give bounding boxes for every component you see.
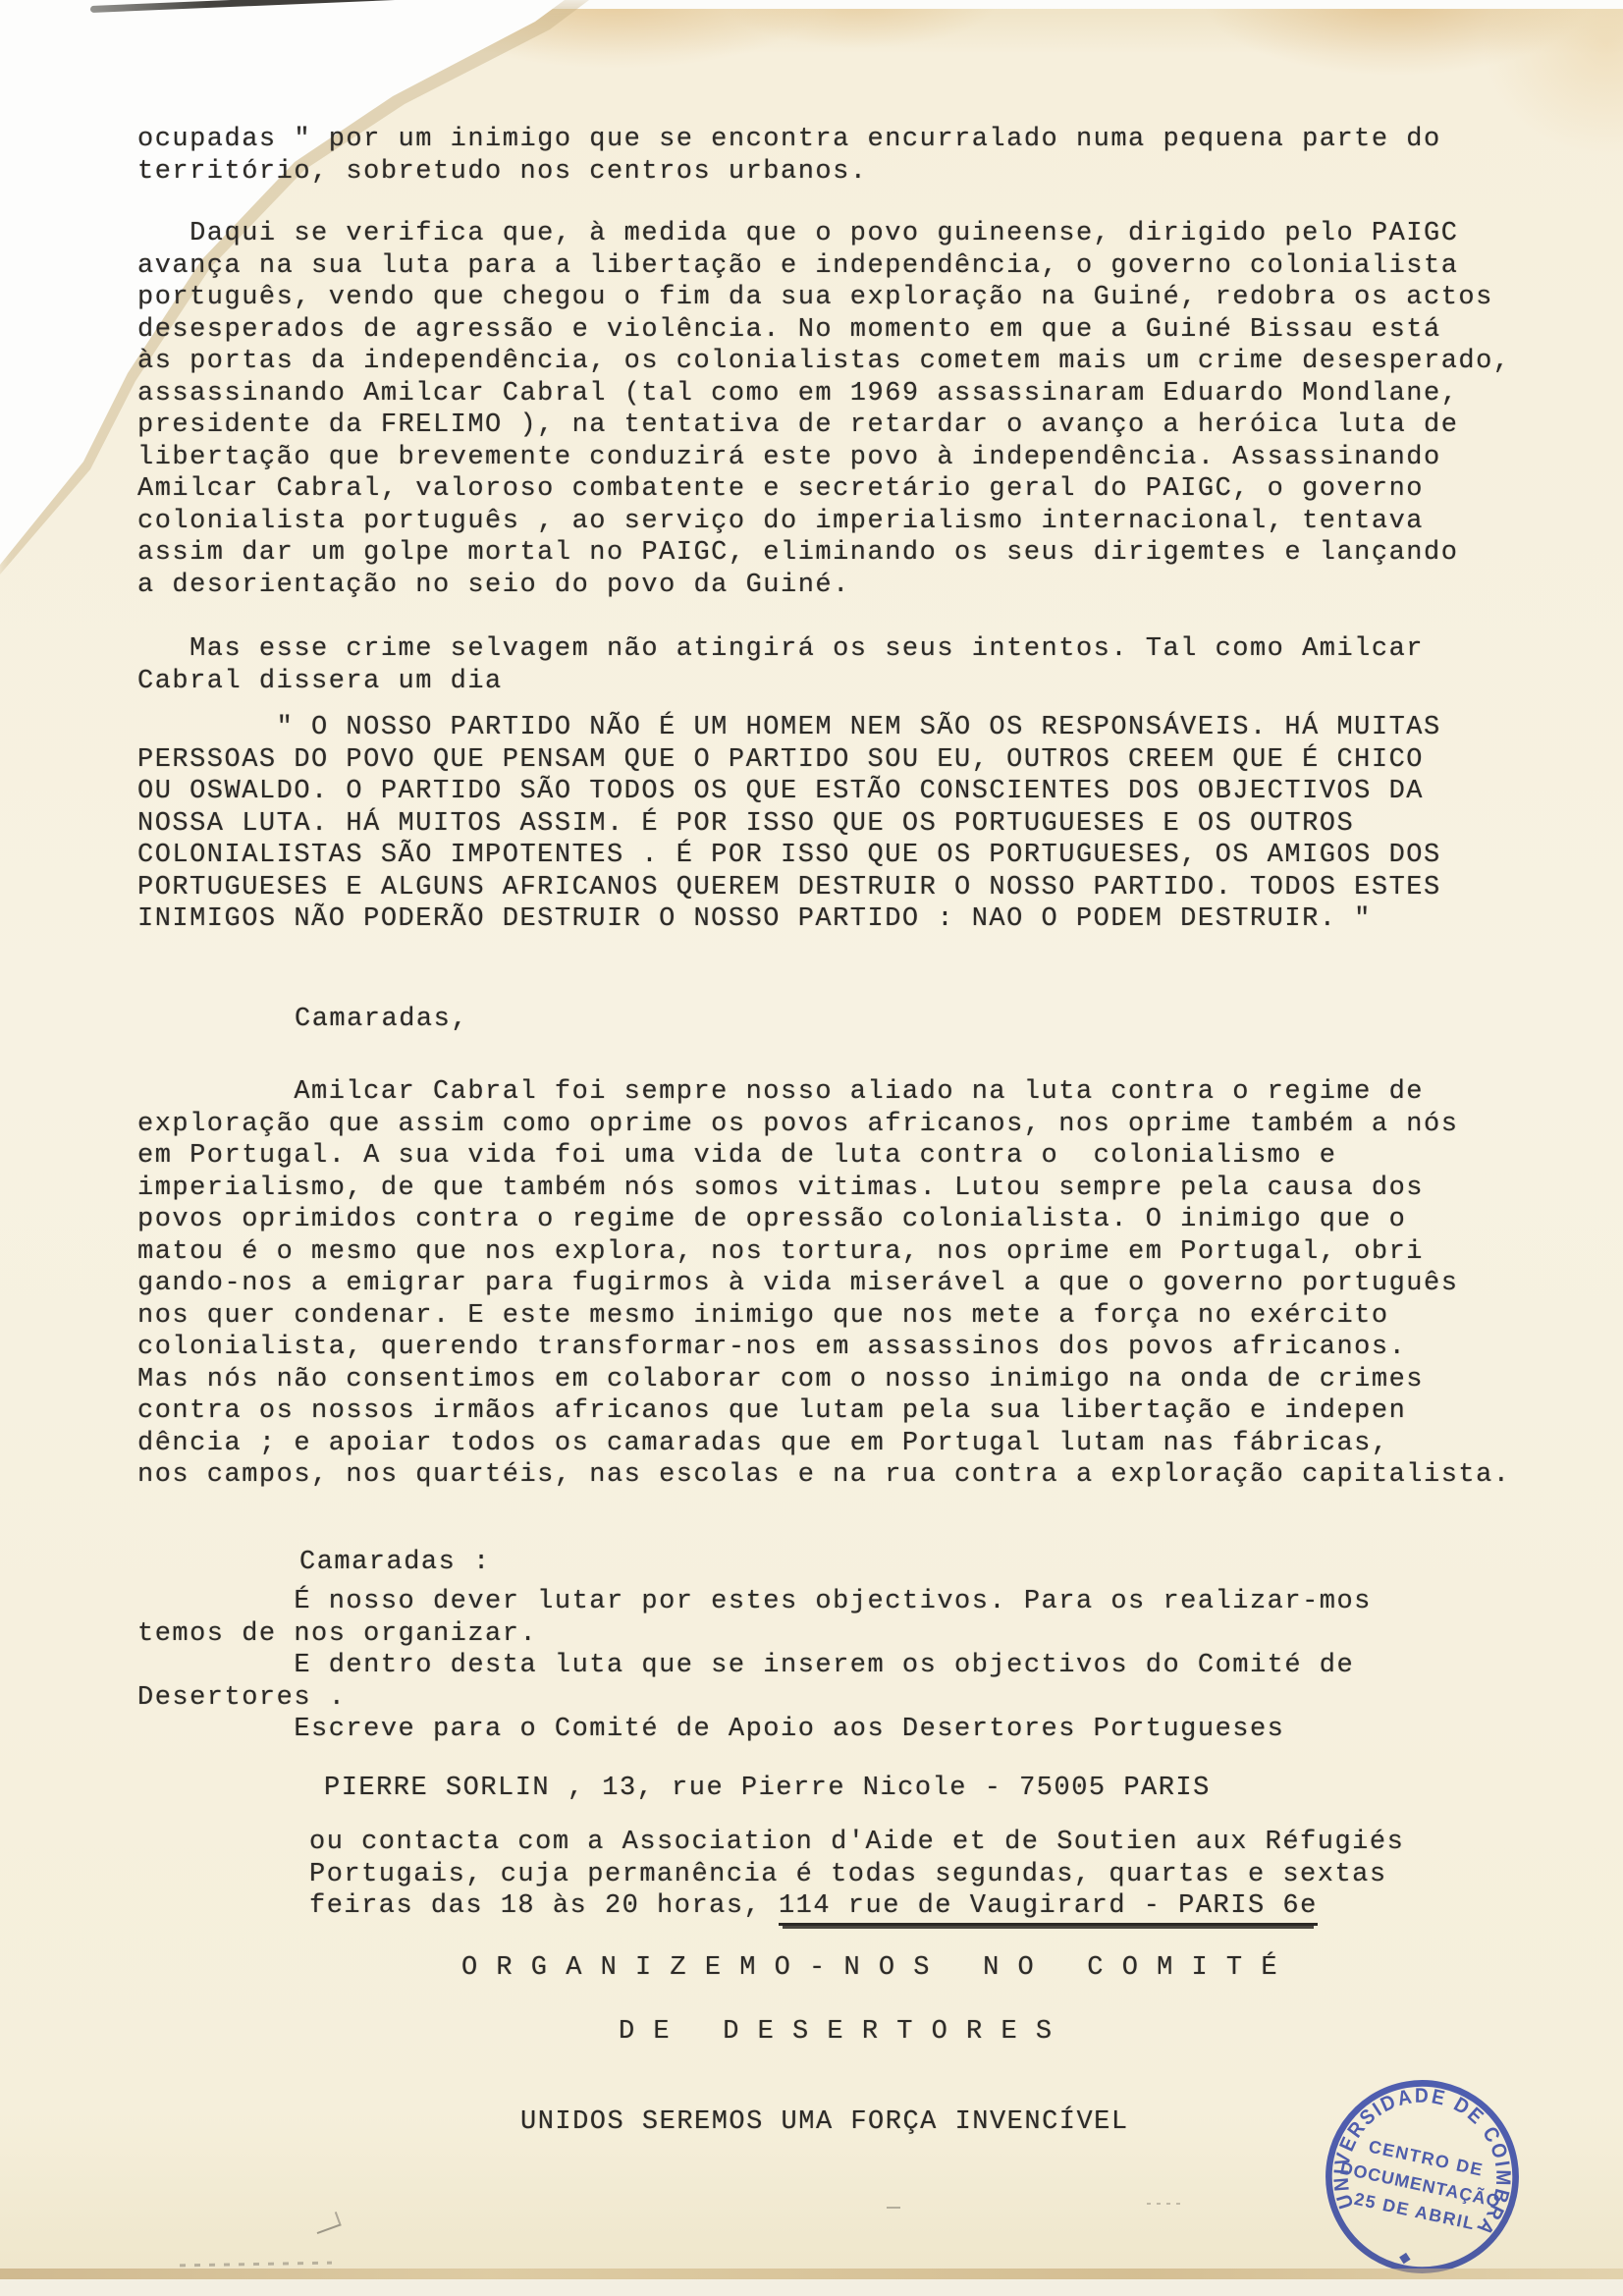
slogan-unidos: UNIDOS SEREMOS UMA FORÇA INVENCÍVEL — [520, 2106, 1129, 2139]
paper-bottom-edge — [0, 2269, 1623, 2279]
paragraph-contact-line3: feiras das 18 às 20 horas, 114 rue de Va… — [309, 1890, 1318, 1923]
contact-line3-prefix: feiras das 18 às 20 horas, — [309, 1891, 779, 1921]
archive-stamp-svg: UNIVERSIDADE DE COIMBRA ◆ CENTRO DE DOCU… — [1312, 2066, 1533, 2287]
stray-mark — [1147, 2203, 1180, 2205]
address-pierre-sorlin: PIERRE SORLIN , 13, rue Pierre Nicole - … — [324, 1773, 1211, 1805]
paragraph-amilcar-aliado: Amilcar Cabral foi sempre nosso aliado n… — [137, 1076, 1511, 1492]
quote-block: " O NOSSO PARTIDO NÃO É UM HOMEM NEM SÃO… — [137, 712, 1441, 936]
paragraph-contact: ou contacta com a Association d'Aide et … — [309, 1827, 1404, 1890]
headline-de-desertores: D E D E S E R T O R E S — [619, 2016, 1054, 2049]
stray-mark — [887, 2207, 900, 2209]
paragraph-mas-esse-crime: Mas esse crime selvagem não atingirá os … — [137, 633, 1424, 697]
pencil-dotted-mark — [180, 2262, 332, 2268]
scanner-bottom-edge — [0, 2279, 1623, 2296]
underlined-address: 114 rue de Vaugirard - PARIS 6e — [779, 1891, 1318, 1926]
scanned-document-page: ocupadas " por um inimigo que se encontr… — [0, 0, 1623, 2296]
paragraph-continuation: ocupadas " por um inimigo que se encontr… — [137, 124, 1441, 188]
paragraph-daqui: Daqui se verifica que, à medida que o po… — [137, 218, 1511, 601]
pencil-mark — [312, 2212, 342, 2234]
stamp-diamond-icon: ◆ — [1397, 2249, 1412, 2268]
salutation-camaradas-2: Camaradas : — [299, 1547, 491, 1579]
headline-organizemo-nos: O R G A N I Z E M O - N O S N O C O M I … — [461, 1952, 1278, 1985]
salutation-camaradas-1: Camaradas, — [295, 1004, 468, 1036]
paragraph-objectivos: É nosso dever lutar por estes objectivos… — [137, 1586, 1372, 1746]
archive-stamp: UNIVERSIDADE DE COIMBRA ◆ CENTRO DE DOCU… — [1312, 2066, 1533, 2287]
